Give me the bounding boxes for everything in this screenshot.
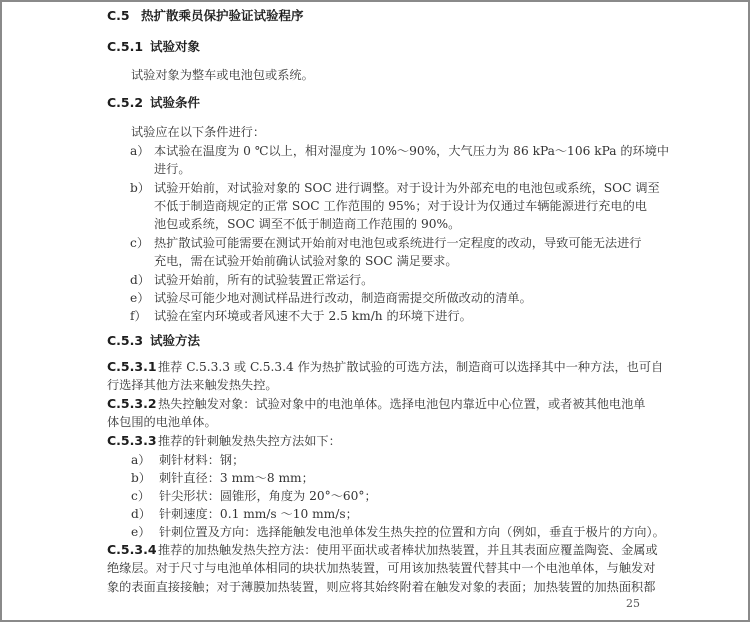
list-item-text: 试验尽可能少地对测试样品进行改动，制造商需提交所做改动的清单。	[154, 290, 532, 306]
subsection-heading-c53: C.5.3试验方法	[107, 333, 200, 349]
list-item-text: 不低于制造商规定的正常 SOC 工作范围的 95%；对于设计为仅通过车辆能源进行…	[154, 198, 647, 214]
subsection-heading-c51: C.5.1试验对象	[107, 39, 200, 55]
subsection-title: 试验对象	[150, 39, 200, 54]
subsection-title: 试验方法	[150, 333, 200, 348]
list-item-text: 针尖形状：圆锥形，角度为 20°～60°；	[159, 488, 377, 504]
section-title: 热扩散乘员保护验证试验程序	[141, 8, 304, 23]
clause-text: 热失控触发对象：试验对象中的电池单体。选择电池包内靠近中心位置，或者被其他电池单	[158, 396, 646, 412]
clause-number: C.5.3.1	[107, 359, 157, 375]
paragraph: 试验应在以下条件进行：	[131, 124, 265, 140]
list-item-text: 进行。	[154, 161, 191, 177]
subsection-number: C.5.1	[107, 39, 150, 55]
subsection-number: C.5.3	[107, 333, 150, 349]
paragraph: 试验对象为整车或电池包或系统。	[131, 67, 314, 83]
list-item-label: e）	[131, 524, 150, 540]
section-heading: C.5热扩散乘员保护验证试验程序	[107, 8, 304, 24]
list-item-text: 充电，需在试验开始前确认试验对象的 SOC 满足要求。	[154, 253, 458, 269]
list-item-text: 刺针直径：3 mm～8 mm；	[159, 470, 314, 486]
list-item-text: 试验开始前，对试验对象的 SOC 进行调整。对于设计为外部充电的电池包或系统，S…	[154, 180, 660, 196]
document-page: C.5热扩散乘员保护验证试验程序 C.5.1试验对象 试验对象为整车或电池包或系…	[0, 0, 750, 622]
list-item-label: d）	[131, 506, 151, 522]
clause-number: C.5.3.2	[107, 396, 157, 412]
clause-text: 体包围的电池单体。	[107, 414, 217, 430]
list-item-text: 试验在室内环境或者风速不大于 2.5 km/h 的环境下进行。	[154, 308, 472, 324]
clause-text: 推荐的针刺触发热失控方法如下：	[158, 433, 341, 449]
page-number: 25	[626, 597, 640, 610]
list-item-text: 热扩散试验可能需要在测试开始前对电池包或系统进行一定程度的改动，导致可能无法进行	[154, 235, 642, 251]
list-item-text: 池包或系统，SOC 调至不低于制造商工作范围的 90%。	[154, 216, 460, 232]
list-item-label: e）	[130, 290, 149, 306]
list-item-text: 本试验在温度为 0 ℃以上，相对湿度为 10%～90%，大气压力为 86 kPa…	[154, 143, 669, 159]
list-item-text: 针刺位置及方向：选择能触发电池单体发生热失控的位置和方向（例如，垂直于极片的方向…	[159, 524, 665, 540]
list-item-text: 试验开始前，所有的试验装置正常运行。	[154, 272, 373, 288]
clause-text: 行选择其他方法来触发热失控。	[107, 377, 278, 393]
list-item-text: 针刺速度：0.1 mm/s ～10 mm/s；	[159, 506, 358, 522]
section-number: C.5	[107, 8, 141, 24]
list-item-label: a）	[130, 143, 149, 159]
clause-number: C.5.3.4	[107, 542, 157, 558]
list-item-label: c）	[131, 488, 150, 504]
list-item-label: c）	[130, 235, 149, 251]
subsection-heading-c52: C.5.2试验条件	[107, 95, 200, 111]
list-item-label: b）	[131, 470, 151, 486]
list-item-label: b）	[130, 180, 150, 196]
subsection-title: 试验条件	[150, 95, 200, 110]
clause-text: 绝缘层。对于尺寸与电池单体相同的块状加热装置，可用该加热装置代替其中一个电池单体…	[107, 560, 655, 576]
list-item-label: a）	[131, 452, 150, 468]
subsection-number: C.5.2	[107, 95, 150, 111]
list-item-label: f）	[130, 308, 147, 324]
clause-number: C.5.3.3	[107, 433, 157, 449]
list-item-label: d）	[130, 272, 150, 288]
list-item-text: 刺针材料：钢；	[159, 452, 244, 468]
clause-text: 象的表面直接接触；对于薄膜加热装置，则应将其始终附着在触发对象的表面；加热装置的…	[107, 579, 655, 595]
clause-text: 推荐 C.5.3.3 或 C.5.3.4 作为热扩散试验的可选方法，制造商可以选…	[158, 359, 663, 375]
clause-text: 推荐的加热触发热失控方法：使用平面状或者棒状加热装置，并且其表面应覆盖陶瓷、金属…	[158, 542, 658, 558]
